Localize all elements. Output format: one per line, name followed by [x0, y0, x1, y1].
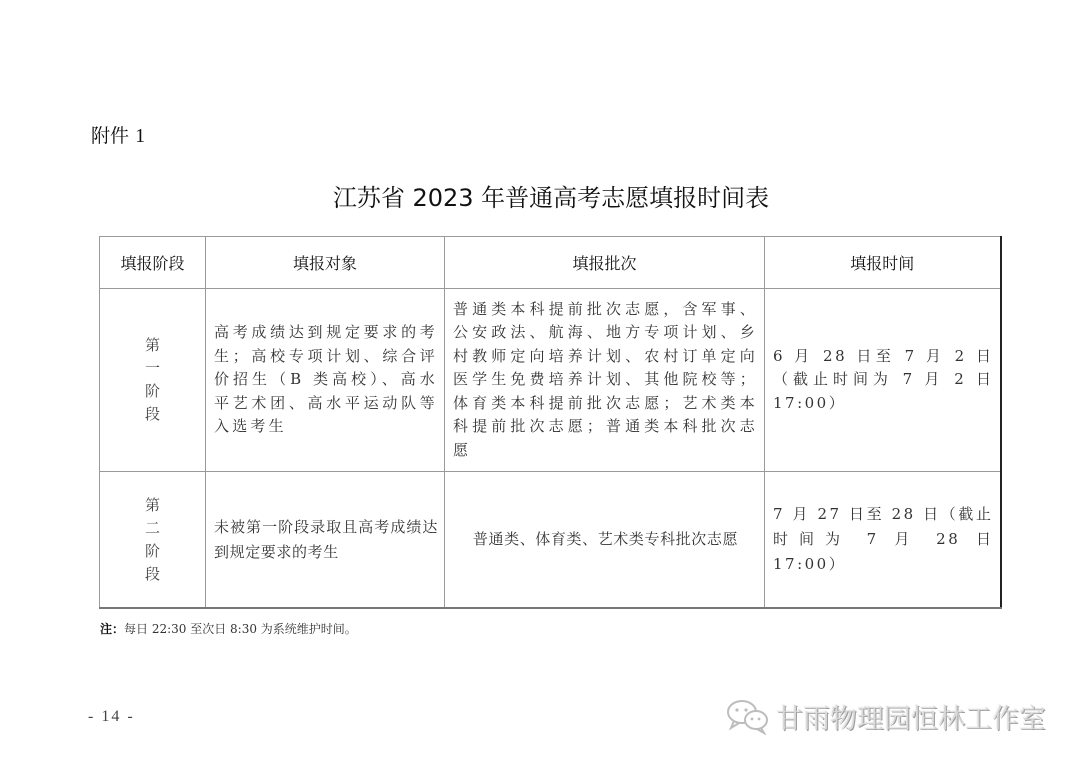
- note-label: 注：: [100, 622, 124, 636]
- stage-char: 段: [100, 403, 205, 426]
- stage-char: 一: [100, 357, 205, 380]
- note-text: 每日 22:30 至次日 8:30 为系统维护时间。: [124, 622, 357, 636]
- attachment-number: 1: [135, 125, 145, 147]
- stage-cell: 第 二 阶 段: [100, 472, 206, 609]
- target-cell: 未被第一阶段录取且高考成绩达到规定要求的考生: [206, 472, 445, 609]
- wechat-icon: [726, 699, 770, 735]
- stage-char: 段: [100, 563, 205, 586]
- target-text: 高考成绩达到规定要求的考生；高校专项计划、综合评价招生（B 类高校）、高水平艺术…: [206, 321, 444, 439]
- target-cell: 高考成绩达到规定要求的考生；高校专项计划、综合评价招生（B 类高校）、高水平艺术…: [206, 289, 445, 472]
- stage-char: 第: [100, 494, 205, 517]
- time-cell: 7 月 27 日至 28 日（截止时间为 7 月 28 日 17:00）: [765, 472, 1001, 609]
- stage-char: 阶: [100, 380, 205, 403]
- attachment-label-text: 附件: [91, 125, 129, 147]
- column-header-batch: 填报批次: [445, 237, 765, 289]
- table-header-row: 填报阶段 填报对象 填报批次 填报时间: [100, 237, 1001, 289]
- time-text: 7 月 27 日至 28 日（截止时间为 7 月 28 日 17:00）: [765, 502, 1000, 577]
- attachment-label: 附件 1: [91, 121, 145, 148]
- target-text: 未被第一阶段录取且高考成绩达到规定要求的考生: [206, 515, 444, 565]
- column-header-time: 填报时间: [765, 237, 1001, 289]
- batch-text: 普通类本科提前批次志愿，含军事、公安政法、航海、地方专项计划、乡村教师定向培养计…: [445, 298, 764, 463]
- stage-cell: 第 一 阶 段: [100, 289, 206, 472]
- column-header-stage: 填报阶段: [100, 237, 206, 289]
- time-text: 6 月 28 日至 7 月 2 日（截止时间为 7 月 2 日 17:00）: [765, 345, 1000, 416]
- watermark: 甘雨物理园恒林工作室: [726, 697, 1046, 736]
- time-cell: 6 月 28 日至 7 月 2 日（截止时间为 7 月 2 日 17:00）: [765, 289, 1001, 472]
- column-header-target: 填报对象: [206, 237, 445, 289]
- page-number: - 14 -: [88, 708, 135, 726]
- stage-char: 阶: [100, 540, 205, 563]
- schedule-table: 填报阶段 填报对象 填报批次 填报时间 第 一 阶 段 高考成绩达到规定要求的考…: [99, 236, 1002, 609]
- batch-cell: 普通类、体育类、艺术类专科批次志愿: [445, 472, 765, 609]
- watermark-text: 甘雨物理园恒林工作室: [776, 697, 1046, 736]
- table-row: 第 二 阶 段 未被第一阶段录取且高考成绩达到规定要求的考生 普通类、体育类、艺…: [100, 472, 1001, 609]
- document-title: 江苏省 2023 年普通高考志愿填报时间表: [0, 178, 1080, 213]
- stage-char: 二: [100, 517, 205, 540]
- batch-cell: 普通类本科提前批次志愿，含军事、公安政法、航海、地方专项计划、乡村教师定向培养计…: [445, 289, 765, 472]
- batch-text: 普通类、体育类、艺术类专科批次志愿: [445, 527, 764, 552]
- table-row: 第 一 阶 段 高考成绩达到规定要求的考生；高校专项计划、综合评价招生（B 类高…: [100, 289, 1001, 472]
- stage-char: 第: [100, 334, 205, 357]
- table-note: 注：每日 22:30 至次日 8:30 为系统维护时间。: [100, 620, 357, 637]
